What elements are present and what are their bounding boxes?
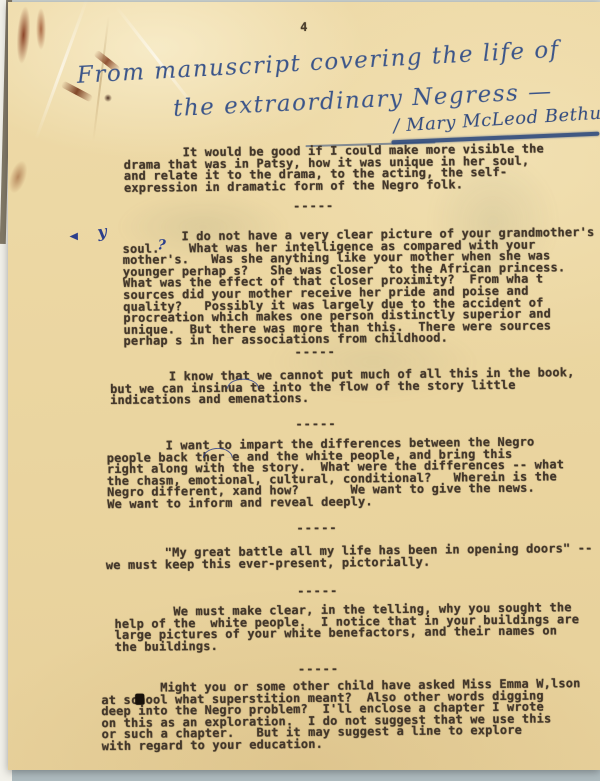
margin-arrow-mark: ◀	[69, 230, 78, 242]
page-content: 4 From manuscript covering the life of t…	[4, 0, 600, 773]
typed-paragraph-5: "My great battle all my life has been in…	[106, 543, 593, 571]
section-separator: -----	[298, 662, 339, 676]
section-separator: -----	[295, 345, 336, 359]
typed-paragraph-4: I want to impart the differences between…	[107, 436, 565, 510]
typed-paragraph-1: It would be good if I could make more vi…	[123, 143, 544, 194]
typed-strikeover-blot	[135, 694, 144, 705]
section-separator: -----	[293, 199, 334, 213]
section-separator: -----	[296, 521, 337, 535]
typed-paragraph-7: Might you or some other child have asked…	[101, 678, 581, 753]
typed-paragraph-2: I do not have a very clear picture of yo…	[122, 227, 595, 348]
inserted-question-mark: ?	[157, 237, 166, 253]
typed-paragraph-3: I know that we cannot put much of all th…	[110, 367, 575, 407]
page-number: 4	[300, 20, 307, 34]
margin-check-mark: y	[96, 222, 108, 242]
typed-paragraph-6: We must make clear, in the telling, why …	[114, 602, 579, 653]
section-separator: -----	[295, 417, 336, 431]
section-separator: -----	[297, 584, 338, 598]
manuscript-page: 4 From manuscript covering the life of t…	[8, 2, 600, 770]
